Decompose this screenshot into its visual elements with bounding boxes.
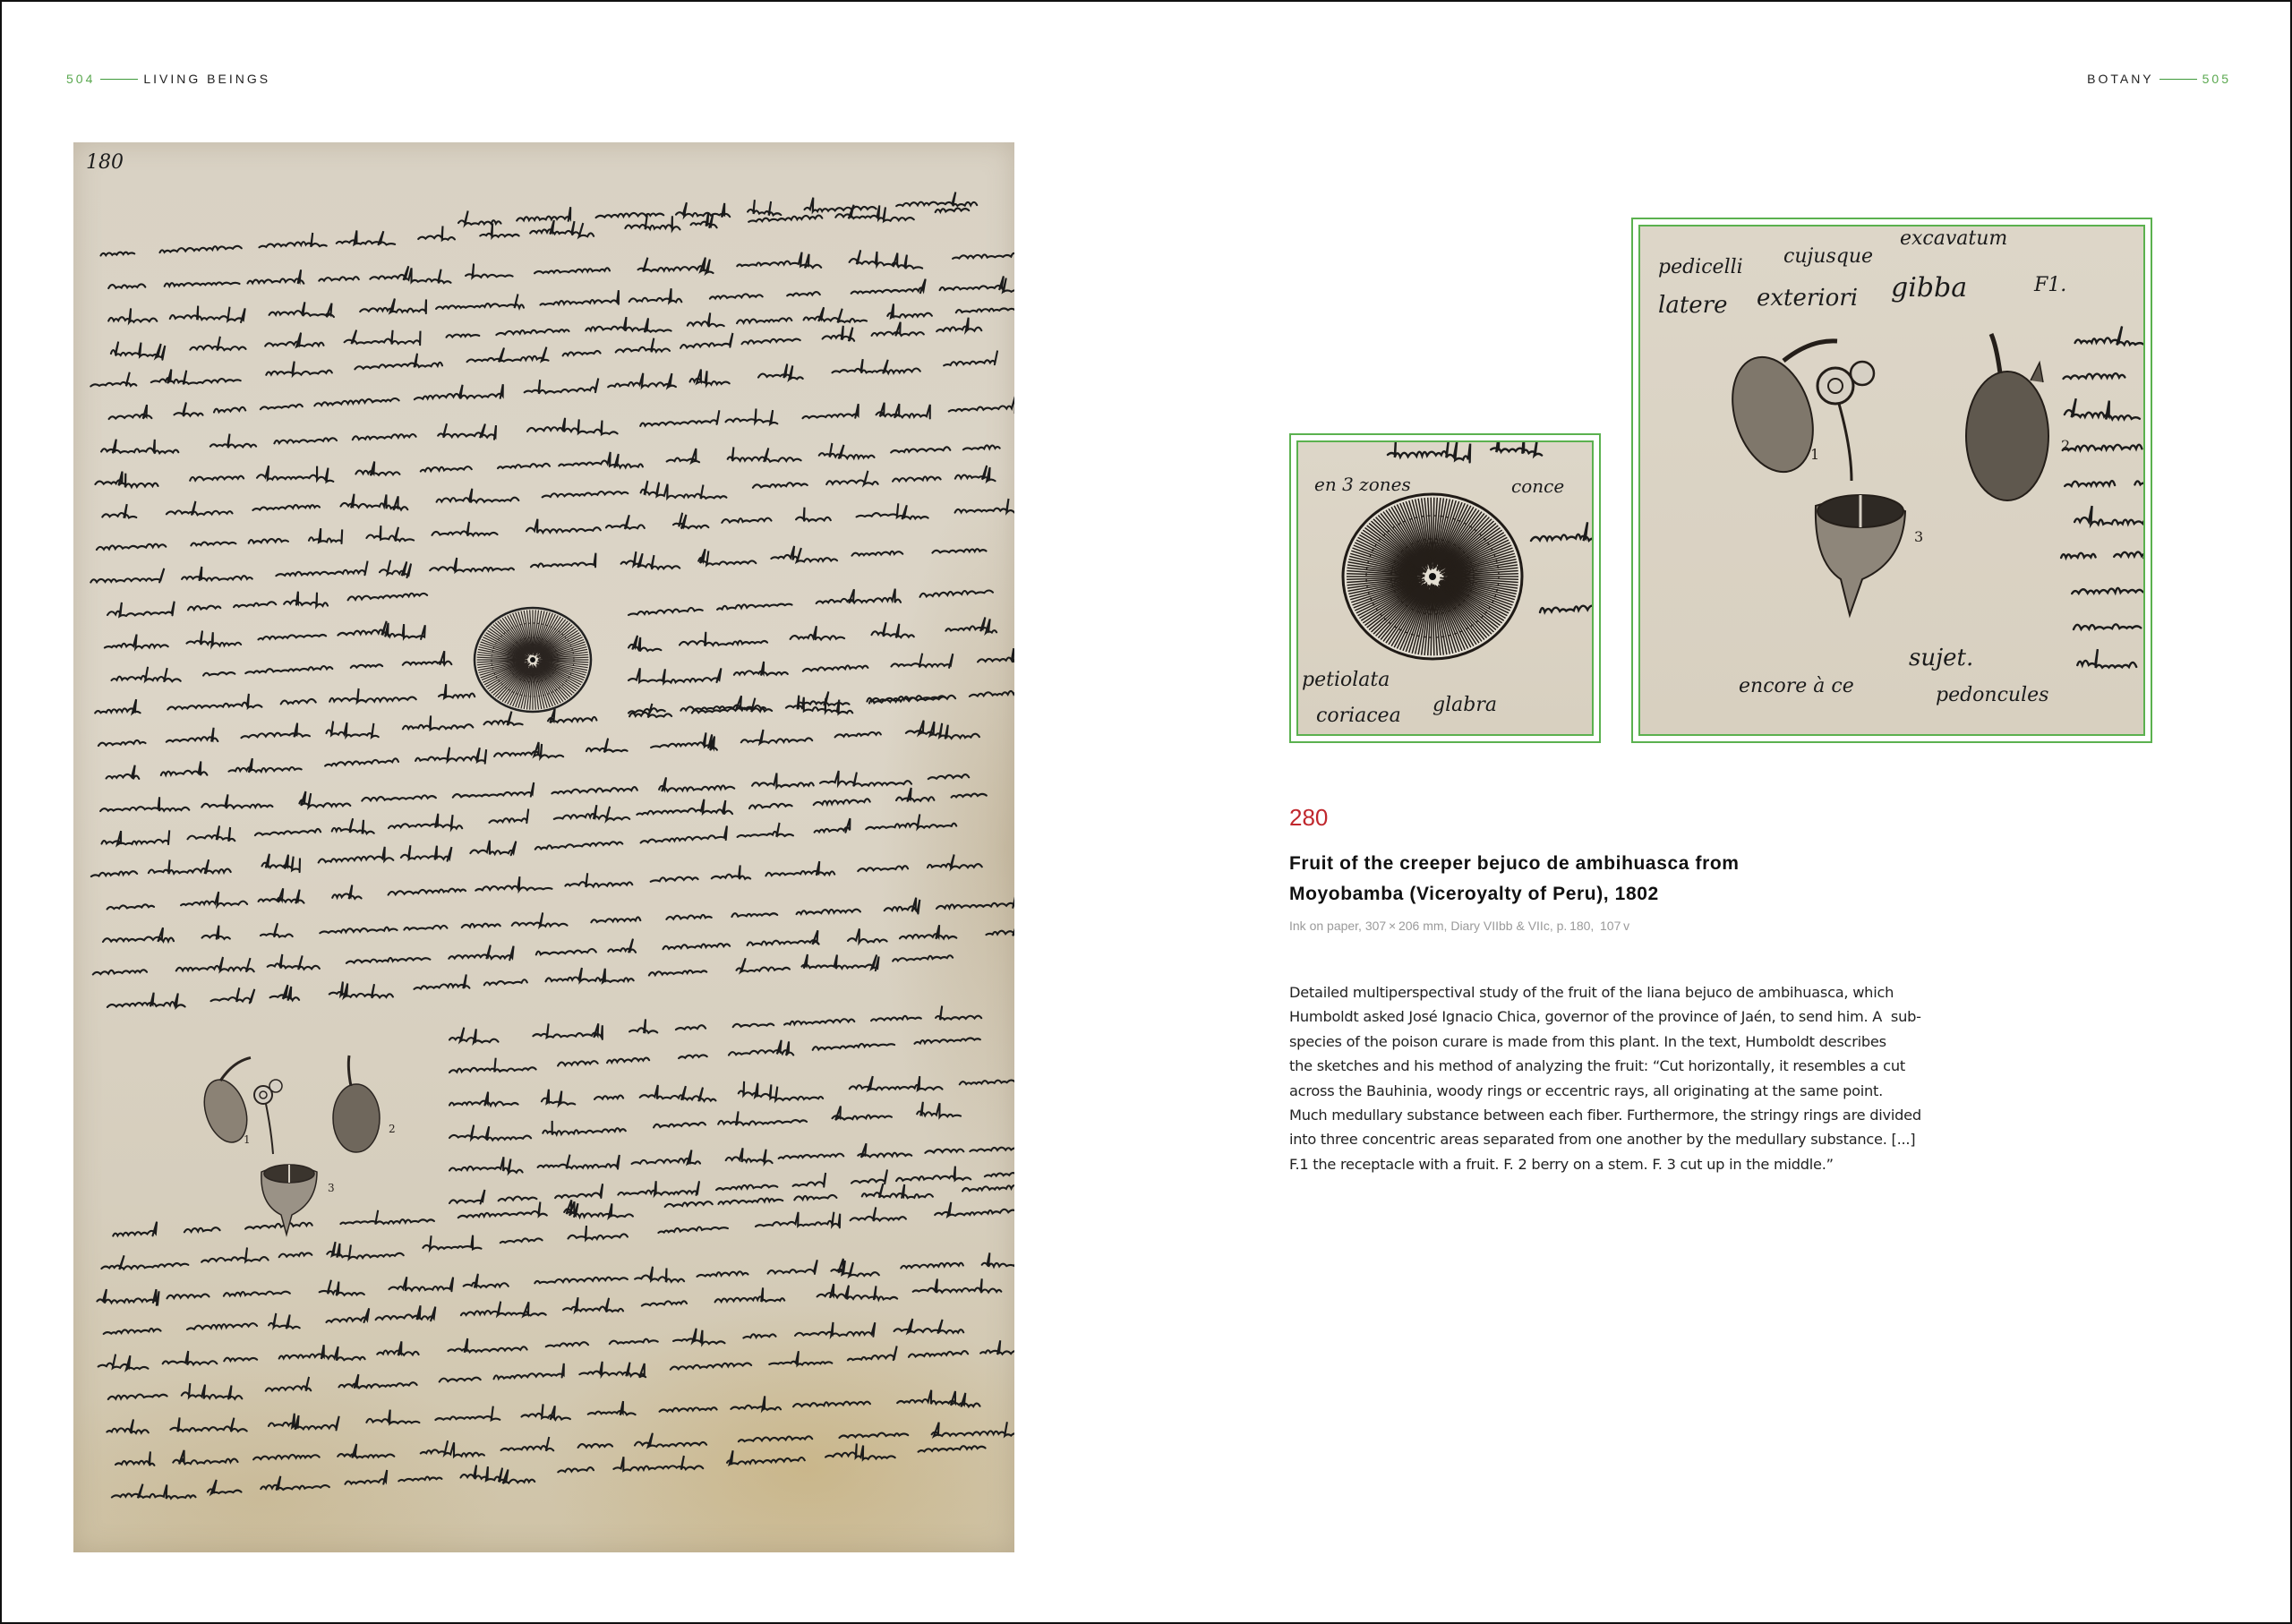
svg-text:3: 3 <box>1914 528 1923 545</box>
svg-text:3: 3 <box>328 1182 335 1194</box>
svg-text:latere: latere <box>1658 292 1727 319</box>
svg-text:encore à ce: encore à ce <box>1739 675 1854 697</box>
svg-text:cujusque: cujusque <box>1783 245 1873 268</box>
svg-text:exteriori: exteriori <box>1757 285 1858 312</box>
page-number-left: 504 <box>66 72 95 86</box>
section-title-right: BOTANY <box>2087 72 2154 86</box>
description-line: F.1 the receptacle with a fruit. F. 2 be… <box>1289 1152 1970 1176</box>
description-line: Detailed multiperspectival study of the … <box>1289 980 1970 1004</box>
svg-text:en 3 zones: en 3 zones <box>1314 474 1411 495</box>
detail-image-fruits: pedicelli cujusque excavatum latere exte… <box>1638 225 2145 736</box>
svg-text:conce: conce <box>1511 475 1564 497</box>
svg-text:pedicelli: pedicelli <box>1658 256 1743 278</box>
svg-text:pedoncules: pedoncules <box>1936 684 2048 706</box>
svg-text:2: 2 <box>2061 437 2070 454</box>
svg-text:glabra: glabra <box>1432 694 1497 716</box>
section-title-left: LIVING BEINGS <box>143 72 270 86</box>
figure-description: Detailed multiperspectival study of the … <box>1289 980 1970 1176</box>
figure-title-line: Moyobamba (Viceroyalty of Peru), 1802 <box>1289 879 1916 910</box>
figure-title-line: Fruit of the creeper bejuco de ambihuasc… <box>1289 849 1916 879</box>
detail-image-cross-section: en 3 zones conce petiolata coriacea glab… <box>1296 440 1594 736</box>
description-line: into three concentric areas separated fr… <box>1289 1127 1970 1151</box>
figure-number: 280 <box>1289 804 1328 832</box>
svg-text:coriacea: coriacea <box>1316 705 1401 727</box>
running-head-rule <box>2159 79 2197 80</box>
cross-section-sketch-icon <box>1343 494 1522 659</box>
svg-text:2: 2 <box>389 1123 396 1135</box>
description-line: the sketches and his method of analyzing… <box>1289 1054 1970 1078</box>
description-line: Humboldt asked José Ignacio Chica, gover… <box>1289 1004 1970 1029</box>
svg-text:petiolata: petiolata <box>1302 669 1390 691</box>
fruit-sketches-icon: 1 2 3 <box>193 1056 395 1235</box>
manuscript-handwriting: 1 2 3 <box>73 142 1014 1552</box>
running-head-right: BOTANY 505 <box>2087 70 2231 88</box>
svg-text:F1.: F1. <box>2033 274 2066 296</box>
figure-metadata: Ink on paper, 307 × 206 mm, Diary VIIbb … <box>1289 919 1629 933</box>
description-line: across the Bauhinia, woody rings or ecce… <box>1289 1079 1970 1103</box>
detail-crop-cross-section: en 3 zones conce petiolata coriacea glab… <box>1289 433 1601 743</box>
page-number-right: 505 <box>2202 72 2231 86</box>
fruit-sketches-icon: 1 2 3 <box>1719 334 2071 615</box>
svg-text:excavatum: excavatum <box>1900 227 2007 250</box>
detail-crop-fruits: pedicelli cujusque excavatum latere exte… <box>1631 218 2152 743</box>
book-spread: 504 LIVING BEINGS BOTANY 505 180 <box>0 0 2292 1624</box>
running-head-rule <box>100 79 138 80</box>
description-line: species of the poison curare is made fro… <box>1289 1030 1970 1054</box>
svg-text:sujet.: sujet. <box>1909 645 1973 671</box>
svg-text:1: 1 <box>244 1133 251 1146</box>
svg-text:1: 1 <box>1810 446 1819 463</box>
manuscript-page-image: 180 1 <box>73 142 1014 1552</box>
description-line: Much medullary substance between each fi… <box>1289 1103 1970 1127</box>
cross-section-sketch-icon <box>475 608 591 712</box>
svg-text:gibba: gibba <box>1891 272 1967 303</box>
running-head-left: 504 LIVING BEINGS <box>66 70 270 88</box>
figure-title: Fruit of the creeper bejuco de ambihuasc… <box>1289 849 1916 910</box>
